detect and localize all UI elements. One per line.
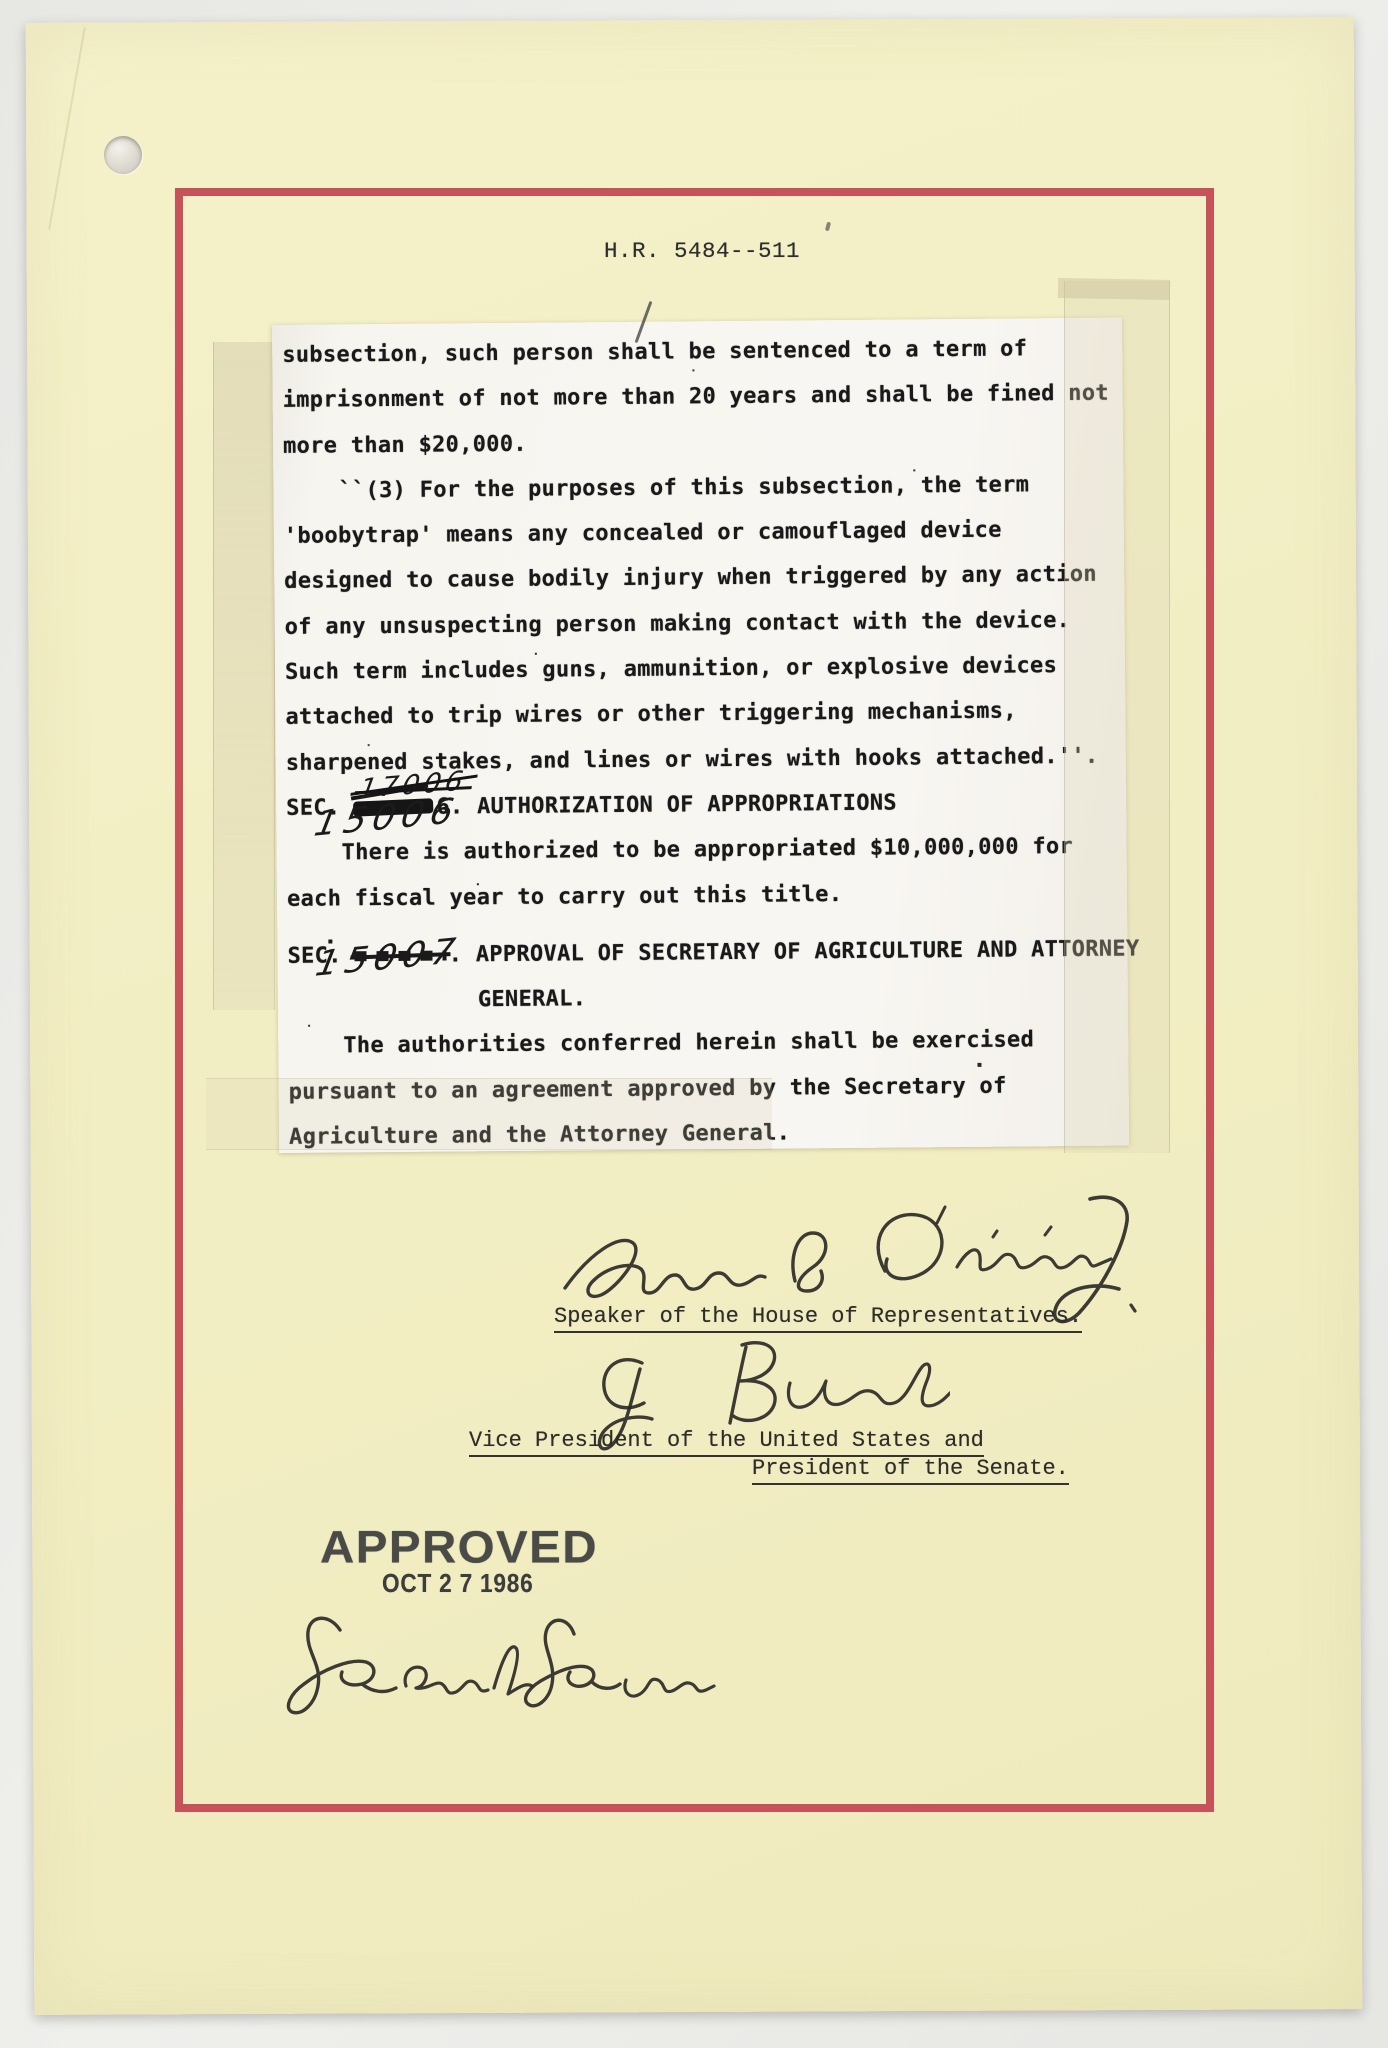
speaker-title: Speaker of the House of Representatives. bbox=[554, 1304, 1082, 1333]
vice-president-title-line2: President of the Senate. bbox=[752, 1456, 1069, 1485]
approval-date-stamp: OCT 2 7 1986 bbox=[382, 1570, 533, 1599]
body-line: imprisonment of not more than 20 years a… bbox=[282, 371, 1112, 424]
body-line: designed to cause bodily injury when tri… bbox=[284, 552, 1114, 605]
body-line: more than $20,000. bbox=[283, 416, 1113, 469]
sec-heading: 6. AUTHORIZATION OF APPROPRIATIONS bbox=[436, 791, 897, 820]
approved-stamp: APPROVED bbox=[320, 1521, 598, 1573]
body-line: Such term includes guns, ammunition, or … bbox=[285, 643, 1115, 696]
vice-president-title-line1: Vice President of the United States and bbox=[469, 1428, 984, 1457]
photocopy-speckles bbox=[272, 325, 274, 327]
body-line: GENERAL. bbox=[288, 972, 1118, 1025]
typed-text-block: subsection, such person shall be sentenc… bbox=[282, 326, 1119, 1161]
sec-heading: . APPROVAL OF SECRETARY OF AGRICULTURE A… bbox=[449, 936, 1140, 967]
signature-president bbox=[278, 1600, 718, 1725]
body-line: attached to trip wires or other triggeri… bbox=[285, 688, 1115, 741]
punch-hole bbox=[104, 136, 142, 174]
body-line: ``(3) For the purposes of this subsectio… bbox=[283, 462, 1113, 515]
scanned-document-page: H.R. 5484--511 subsection, such person s… bbox=[0, 0, 1388, 2048]
body-line: Agriculture and the Attorney General. bbox=[289, 1108, 1119, 1161]
body-line: 'boobytrap' means any concealed or camou… bbox=[284, 507, 1114, 560]
body-line: subsection, such person shall be sentenc… bbox=[282, 326, 1112, 379]
body-line: pursuant to an agreement approved by the… bbox=[288, 1062, 1118, 1115]
pasted-typed-sheet: subsection, such person shall be sentenc… bbox=[272, 318, 1129, 1153]
page-title: H.R. 5484--511 bbox=[604, 238, 800, 264]
body-line: of any unsuspecting person making contac… bbox=[284, 597, 1114, 650]
body-line: each fiscal year to carry out this title… bbox=[287, 869, 1117, 922]
body-line: The authorities conferred herein shall b… bbox=[288, 1017, 1118, 1070]
